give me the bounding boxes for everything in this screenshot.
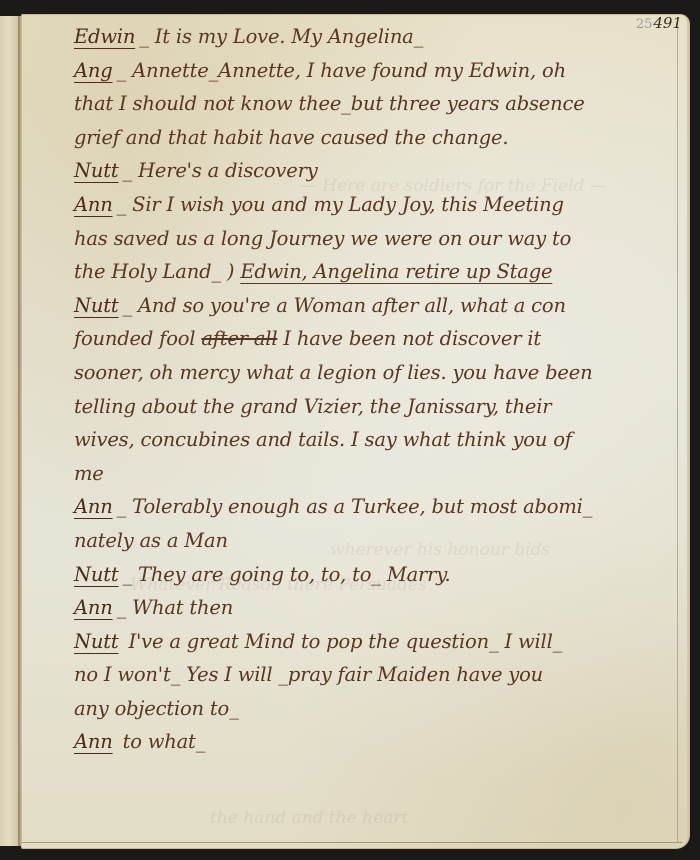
dialogue-text: to what_	[117, 730, 206, 753]
text-line: Nutt_ They are going to, to, to_ Marry.	[74, 558, 674, 592]
speaker-name: Ann	[74, 596, 113, 619]
dialogue-text: _ Sir I wish you and my Lady Joy, this M…	[117, 193, 564, 216]
dialogue-text: me	[74, 462, 104, 485]
speaker-name: Ang	[74, 59, 113, 82]
page-bottom-edge	[22, 842, 682, 843]
speaker-name: Nutt	[74, 294, 119, 317]
dialogue-text: grief and that habit have caused the cha…	[74, 126, 508, 149]
text-line: Ann_ Sir I wish you and my Lady Joy, thi…	[74, 188, 674, 222]
dialogue-text: _ Annette_Annette, I have found my Edwin…	[117, 59, 566, 82]
dialogue-text: that I should not know thee_but three ye…	[74, 92, 585, 115]
binding-fold	[18, 16, 20, 846]
text-line: Nutt_ And so you're a Woman after all, w…	[74, 289, 674, 323]
speaker-name: Nutt	[74, 630, 119, 653]
text-line: Nutt_ Here's a discovery	[74, 154, 674, 188]
speaker-name: Nutt	[74, 159, 119, 182]
speaker-name: Nutt	[74, 563, 119, 586]
text-line: has saved us a long Journey we were on o…	[74, 222, 674, 256]
dialogue-text: has saved us a long Journey we were on o…	[74, 227, 571, 250]
dialogue-text: _ And so you're a Woman after all, what …	[123, 294, 566, 317]
text-line: sooner, oh mercy what a legion of lies. …	[74, 356, 674, 390]
dialogue-text: no I won't_ Yes I will _pray fair Maiden…	[74, 663, 543, 686]
text-line: Ang_ Annette_Annette, I have found my Ed…	[74, 54, 674, 88]
text-line: me	[74, 457, 674, 491]
dialogue-text: any objection to_	[74, 697, 239, 720]
text-line: nately as a Man	[74, 524, 674, 558]
text-line: wives, concubines and tails. I say what …	[74, 423, 674, 457]
speaker-name: Ann	[74, 495, 113, 518]
speaker-name: Ann	[74, 193, 113, 216]
text-line: that I should not know thee_but three ye…	[74, 87, 674, 121]
text-line: telling about the grand Vizier, the Jani…	[74, 390, 674, 424]
text-line: Nutt I've a great Mind to pop the questi…	[74, 625, 674, 659]
text-line: Edwin_ It is my Love. My Angelina_	[74, 20, 674, 54]
dialogue-text: the Holy Land_ )	[74, 260, 234, 283]
dialogue-text: founded fool	[74, 327, 195, 350]
struck-out-text: after all	[201, 327, 277, 350]
dialogue-text: _ They are going to, to, to_ Marry.	[123, 563, 451, 586]
text-line: no I won't_ Yes I will _pray fair Maiden…	[74, 658, 674, 692]
dialogue-text: nately as a Man	[74, 529, 228, 552]
text-line: grief and that habit have caused the cha…	[74, 121, 674, 155]
dialogue-text: sooner, oh mercy what a legion of lies. …	[74, 361, 592, 384]
dialogue-text: I've a great Mind to pop the question_ I…	[123, 630, 563, 653]
dialogue-text: I have been not discover it	[283, 327, 541, 350]
stage-direction: Edwin, Angelina retire up Stage	[240, 260, 552, 283]
bleed-through-text: the hand and the heart	[210, 808, 408, 828]
text-line: founded fool after all I have been not d…	[74, 322, 674, 356]
page-right-edge	[677, 20, 678, 842]
dialogue-text: wives, concubines and tails. I say what …	[74, 428, 572, 451]
manuscript-text: Edwin_ It is my Love. My Angelina_ Ang_ …	[74, 20, 674, 759]
dialogue-text: _ What then	[117, 596, 234, 619]
text-line: the Holy Land_ ) Edwin, Angelina retire …	[74, 255, 674, 289]
dialogue-text: _ It is my Love. My Angelina_	[139, 25, 423, 48]
dialogue-text: telling about the grand Vizier, the Jani…	[74, 395, 551, 418]
dialogue-text: _ Here's a discovery	[123, 159, 318, 182]
text-line: any objection to_	[74, 692, 674, 726]
text-line: Ann_ What then	[74, 591, 674, 625]
speaker-name: Ann	[74, 730, 113, 753]
speaker-name: Edwin	[74, 25, 135, 48]
dialogue-text: _ Tolerably enough as a Turkee, but most…	[117, 495, 593, 518]
text-line: Ann to what_	[74, 725, 674, 759]
text-line: Ann_ Tolerably enough as a Turkee, but m…	[74, 490, 674, 524]
manuscript-scan: — Here are soldiers for the Field — wher…	[0, 0, 700, 860]
